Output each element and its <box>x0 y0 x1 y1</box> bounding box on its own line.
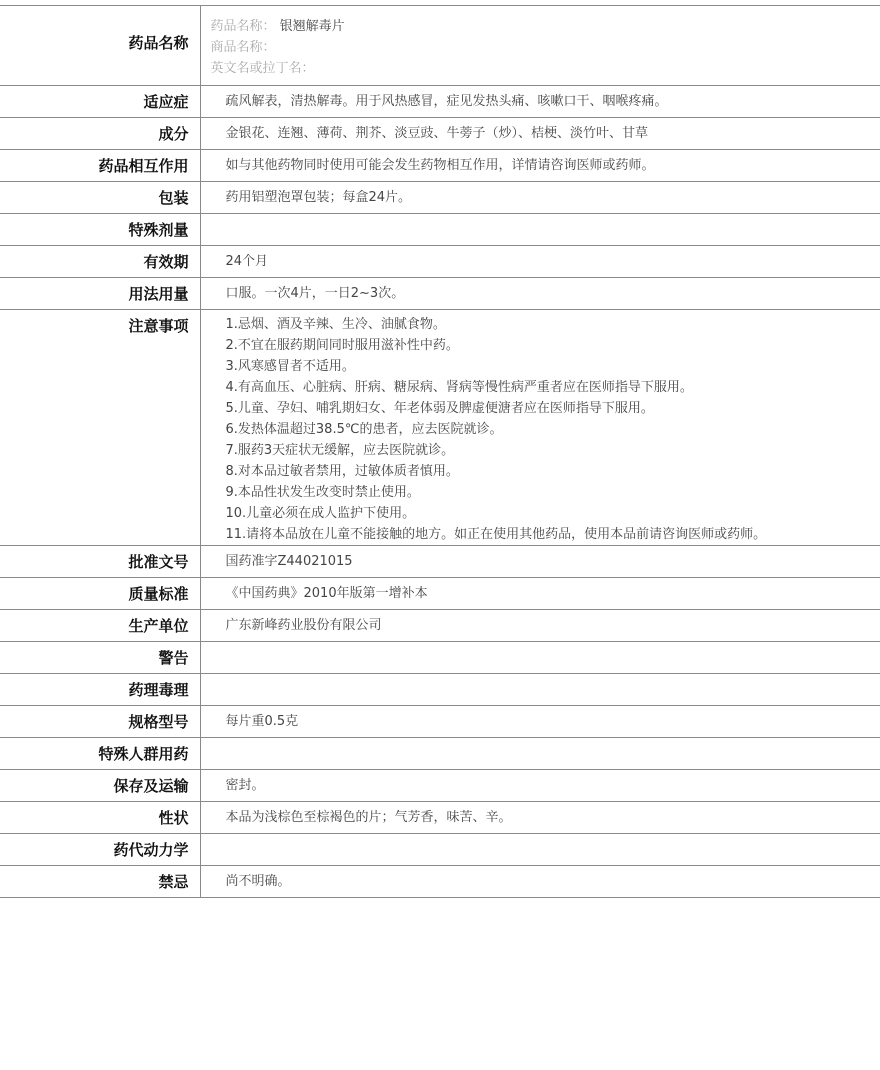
precautions-list: 1.忌烟、酒及辛辣、生冷、油腻食物。 2.不宜在服药期间同时服用滋补性中药。 3… <box>226 314 771 545</box>
label-packaging: 包装 <box>0 182 200 214</box>
precaution-item: 10.儿童必须在成人监护下使用。 <box>226 503 771 524</box>
value-storage-transport: 密封。 <box>200 770 880 802</box>
label-special-populations: 特殊人群用药 <box>0 738 200 770</box>
label-storage-transport: 保存及运输 <box>0 770 200 802</box>
label-special-dosage: 特殊剂量 <box>0 214 200 246</box>
precaution-item: 6.发热体温超过38.5℃的患者，应去医院就诊。 <box>226 419 771 440</box>
label-pharmacology-toxicology: 药理毒理 <box>0 674 200 706</box>
row-description: 性状 本品为浅棕色至棕褐色的片；气芳香，味苦、辛。 <box>0 802 880 834</box>
value-special-populations <box>200 738 880 770</box>
row-indications: 适应症 疏风解表，清热解毒。用于风热感冒，症见发热头痛、咳嗽口干、咽喉疼痛。 <box>0 86 880 118</box>
value-pharmacokinetics <box>200 834 880 866</box>
value-precautions: 1.忌烟、酒及辛辣、生冷、油腻食物。 2.不宜在服药期间同时服用滋补性中药。 3… <box>200 310 880 546</box>
row-precautions: 注意事项 1.忌烟、酒及辛辣、生冷、油腻食物。 2.不宜在服药期间同时服用滋补性… <box>0 310 880 546</box>
row-special-populations: 特殊人群用药 <box>0 738 880 770</box>
row-usage: 用法用量 口服。一次4片，一日2~3次。 <box>0 278 880 310</box>
precaution-item: 5.儿童、孕妇、哺乳期妇女、年老体弱及脾虚便溏者应在医师指导下服用。 <box>226 398 771 419</box>
generic-name-value: 银翘解毒片 <box>280 19 345 34</box>
row-pharmacokinetics: 药代动力学 <box>0 834 880 866</box>
row-quality-standard: 质量标准 《中国药典》2010年版第一增补本 <box>0 578 880 610</box>
value-indications: 疏风解表，清热解毒。用于风热感冒，症见发热头痛、咳嗽口干、咽喉疼痛。 <box>200 86 880 118</box>
row-storage-transport: 保存及运输 密封。 <box>0 770 880 802</box>
precaution-item: 2.不宜在服药期间同时服用滋补性中药。 <box>226 335 771 356</box>
row-approval-number: 批准文号 国药准字Z44021015 <box>0 546 880 578</box>
value-ingredients: 金银花、连翘、薄荷、荆芥、淡豆豉、牛蒡子（炒）、桔梗、淡竹叶、甘草 <box>200 118 880 150</box>
value-drug-name: 药品名称： 银翘解毒片 商品名称： 英文名或拉丁名： <box>200 6 880 86</box>
value-interactions: 如与其他药物同时使用可能会发生药物相互作用，详情请咨询医师或药师。 <box>200 150 880 182</box>
row-interactions: 药品相互作用 如与其他药物同时使用可能会发生药物相互作用，详情请咨询医师或药师。 <box>0 150 880 182</box>
label-manufacturer: 生产单位 <box>0 610 200 642</box>
label-drug-name: 药品名称 <box>0 6 200 86</box>
label-pharmacokinetics: 药代动力学 <box>0 834 200 866</box>
value-quality-standard: 《中国药典》2010年版第一增补本 <box>200 578 880 610</box>
label-description: 性状 <box>0 802 200 834</box>
value-shelf-life: 24个月 <box>200 246 880 278</box>
row-drug-name: 药品名称 药品名称： 银翘解毒片 商品名称： 英文名或拉丁名： <box>0 6 880 86</box>
value-packaging: 药用铝塑泡罩包装；每盒24片。 <box>200 182 880 214</box>
value-description: 本品为浅棕色至棕褐色的片；气芳香，味苦、辛。 <box>200 802 880 834</box>
label-interactions: 药品相互作用 <box>0 150 200 182</box>
row-manufacturer: 生产单位 广东新峰药业股份有限公司 <box>0 610 880 642</box>
precaution-item: 7.服药3天症状无缓解，应去医院就诊。 <box>226 440 771 461</box>
precaution-item: 3.风寒感冒者不适用。 <box>226 356 771 377</box>
drug-spec-table: 药品名称 药品名称： 银翘解毒片 商品名称： 英文名或拉丁名： 适应症 疏风解表… <box>0 5 880 898</box>
precaution-item: 8.对本品过敏者禁用，过敏体质者慎用。 <box>226 461 771 482</box>
english-name-line: 英文名或拉丁名： <box>211 58 880 79</box>
value-approval-number: 国药准字Z44021015 <box>200 546 880 578</box>
label-shelf-life: 有效期 <box>0 246 200 278</box>
row-specification: 规格型号 每片重0.5克 <box>0 706 880 738</box>
row-warning: 警告 <box>0 642 880 674</box>
value-warning <box>200 642 880 674</box>
value-pharmacology-toxicology <box>200 674 880 706</box>
value-usage: 口服。一次4片，一日2~3次。 <box>200 278 880 310</box>
label-warning: 警告 <box>0 642 200 674</box>
generic-name-key: 药品名称： <box>211 19 276 34</box>
value-manufacturer: 广东新峰药业股份有限公司 <box>200 610 880 642</box>
label-contraindications: 禁忌 <box>0 866 200 898</box>
label-approval-number: 批准文号 <box>0 546 200 578</box>
trade-name-line: 商品名称： <box>211 37 880 58</box>
label-ingredients: 成分 <box>0 118 200 150</box>
row-pharmacology-toxicology: 药理毒理 <box>0 674 880 706</box>
label-indications: 适应症 <box>0 86 200 118</box>
precaution-item: 9.本品性状发生改变时禁止使用。 <box>226 482 771 503</box>
english-name-key: 英文名或拉丁名： <box>211 61 315 76</box>
precaution-item: 1.忌烟、酒及辛辣、生冷、油腻食物。 <box>226 314 771 335</box>
value-specification: 每片重0.5克 <box>200 706 880 738</box>
precaution-item: 11.请将本品放在儿童不能接触的地方。如正在使用其他药品，使用本品前请咨询医师或… <box>226 524 771 545</box>
generic-name-line: 药品名称： 银翘解毒片 <box>211 16 880 37</box>
row-ingredients: 成分 金银花、连翘、薄荷、荆芥、淡豆豉、牛蒡子（炒）、桔梗、淡竹叶、甘草 <box>0 118 880 150</box>
label-usage: 用法用量 <box>0 278 200 310</box>
trade-name-key: 商品名称： <box>211 40 276 55</box>
value-contraindications: 尚不明确。 <box>200 866 880 898</box>
row-contraindications: 禁忌 尚不明确。 <box>0 866 880 898</box>
label-precautions: 注意事项 <box>0 310 200 546</box>
label-specification: 规格型号 <box>0 706 200 738</box>
value-special-dosage <box>200 214 880 246</box>
row-special-dosage: 特殊剂量 <box>0 214 880 246</box>
row-shelf-life: 有效期 24个月 <box>0 246 880 278</box>
row-packaging: 包装 药用铝塑泡罩包装；每盒24片。 <box>0 182 880 214</box>
label-quality-standard: 质量标准 <box>0 578 200 610</box>
precaution-item: 4.有高血压、心脏病、肝病、糖尿病、肾病等慢性病严重者应在医师指导下服用。 <box>226 377 771 398</box>
